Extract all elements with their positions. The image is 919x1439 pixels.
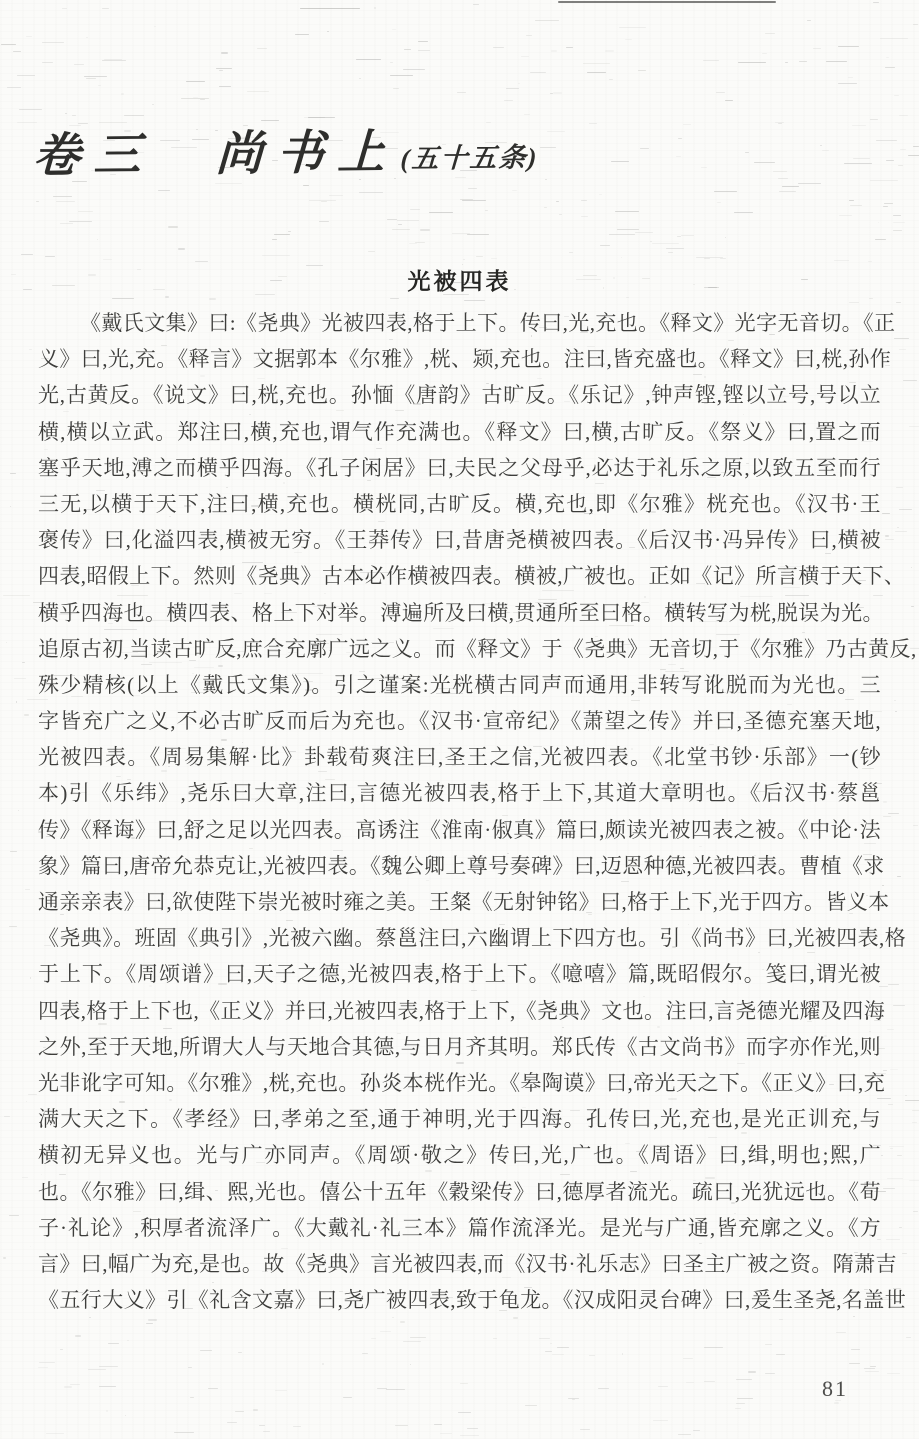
text-line: 传》《释诲》曰,舒之足以光四表。高诱注《淮南·俶真》篇曰,颇读光被四表之被。《中… xyxy=(38,812,881,848)
text-line: 褒传》曰,化溢四表,横被无穷。《王莽传》曰,昔唐尧横被四表。《后汉书·冯异传》曰… xyxy=(38,522,881,558)
body-text: 《戴氏文集》曰:《尧典》光被四表,格于上下。传曰,光,充也。《释文》光字无音切。… xyxy=(38,305,881,1318)
scanned-page: 卷三 尚书上(五十五条) 光被四表 《戴氏文集》曰:《尧典》光被四表,格于上下。… xyxy=(0,0,919,1439)
text-line: 光,古黄反。《说文》曰,桄,充也。孙愐《唐韵》古旷反。《乐记》,钟声铿,铿以立号… xyxy=(38,377,881,413)
text-line: 言》曰,幅广为充,是也。故《尧典》言光被四表,而《汉书·礼乐志》曰圣主广被之资。… xyxy=(38,1246,881,1282)
text-line: 《五行大义》引《礼含文嘉》曰,尧广被四表,致于龟龙。《汉成阳灵台碑》曰,爰生圣尧… xyxy=(38,1282,881,1318)
text-line: 字皆充广之义,不必古旷反而后为充也。《汉书·宣帝纪》《萧望之传》并曰,圣德充塞天… xyxy=(38,703,881,739)
text-line: 横,横以立武。郑注曰,横,充也,谓气作充满也。《释文》曰,横,古旷反。《祭义》曰… xyxy=(38,414,881,450)
text-line: 《尧典》。班固《典引》,光被六幽。蔡邕注曰,六幽谓上下四方也。引《尚书》曰,光被… xyxy=(38,920,881,956)
text-line: 本)引《乐纬》,尧乐曰大章,注曰,言德光被四表,格于上下,其道大章明也。《后汉书… xyxy=(38,775,881,811)
text-line: 《戴氏文集》曰:《尧典》光被四表,格于上下。传曰,光,充也。《释文》光字无音切。… xyxy=(38,305,881,341)
chapter-title-text: 卷三 尚书上 xyxy=(32,127,400,183)
section-heading: 光被四表 xyxy=(0,263,919,296)
text-line: 也。《尔雅》曰,缉、熙,光也。僖公十五年《穀梁传》曰,德厚者流光。疏曰,光犹远也… xyxy=(38,1174,881,1210)
text-line: 于上下。《周颂谱》曰,天子之德,光被四表,格于上下。《噫嘻》篇,既昭假尔。笺曰,… xyxy=(38,956,881,992)
text-line: 光非讹字可知。《尔雅》,桄,充也。孙炎本桄作光。《皋陶谟》曰,帝光天之下。《正义… xyxy=(38,1065,881,1101)
text-line: 义》曰,光,充。《释言》文据郭本《尔雅》,桄、颎,充也。注曰,皆充盛也。《释文》… xyxy=(38,341,881,377)
text-line: 横乎四海也。横四表、格上下对举。溥遍所及曰横,贯通所至曰格。横转写为桄,脱误为光… xyxy=(38,595,881,631)
text-line: 横初无异义也。光与广亦同声。《周颂·敬之》传曰,光,广也。《周语》曰,缉,明也;… xyxy=(38,1137,881,1173)
text-line: 三无,以横于天下,注曰,横,充也。横桄同,古旷反。横,充也,即《尔雅》桄充也。《… xyxy=(38,486,881,522)
text-line: 四表,昭假上下。然则《尧典》古本必作横被四表。横被,广被也。正如《记》所言横于天… xyxy=(38,558,881,594)
text-line: 象》篇曰,唐帝允恭克让,光被四表。《魏公卿上尊号奏碑》曰,迈恩种德,光被四表。曹… xyxy=(38,848,881,884)
chapter-title-note: (五十五条) xyxy=(400,142,539,173)
text-line: 追原古初,当读古旷反,庶合充廓广远之义。而《释文》于《尧典》无音切,于《尔雅》乃… xyxy=(38,631,881,667)
text-line: 满大天之下。《孝经》曰,孝弟之至,通于神明,光于四海。孔传曰,光,充也,是光正训… xyxy=(38,1101,881,1137)
page-number: 81 xyxy=(822,1376,848,1402)
text-line: 子·礼论》,积厚者流泽广。《大戴礼·礼三本》篇作流泽光。是光与广通,皆充廓之义。… xyxy=(38,1210,881,1246)
text-line: 之外,至于天地,所谓大人与天地合其德,与日月齐其明。郑氏传《古文尚书》而字亦作光… xyxy=(38,1029,881,1065)
text-line: 通亲亲表》曰,欲使陛下崇光被时雍之美。王粲《无射钟铭》曰,格于上下,光于四方。皆… xyxy=(38,884,881,920)
text-line: 塞乎天地,溥之而横乎四海。《孔子闲居》曰,夫民之父母乎,必达于礼乐之原,以致五至… xyxy=(38,450,881,486)
chapter-title: 卷三 尚书上(五十五条) xyxy=(32,113,541,185)
text-line: 光被四表。《周易集解·比》卦载荀爽注曰,圣王之信,光被四表。《北堂书钞·乐部》一… xyxy=(38,739,881,775)
text-line: 殊少精核(以上《戴氏文集》)。引之谨案:光桄横古同声而通用,非转写讹脱而为光也。… xyxy=(38,667,881,703)
text-line: 四表,格于上下也,《正义》并曰,光被四表,格于上下,《尧典》文也。注曰,言尧德光… xyxy=(38,993,881,1029)
